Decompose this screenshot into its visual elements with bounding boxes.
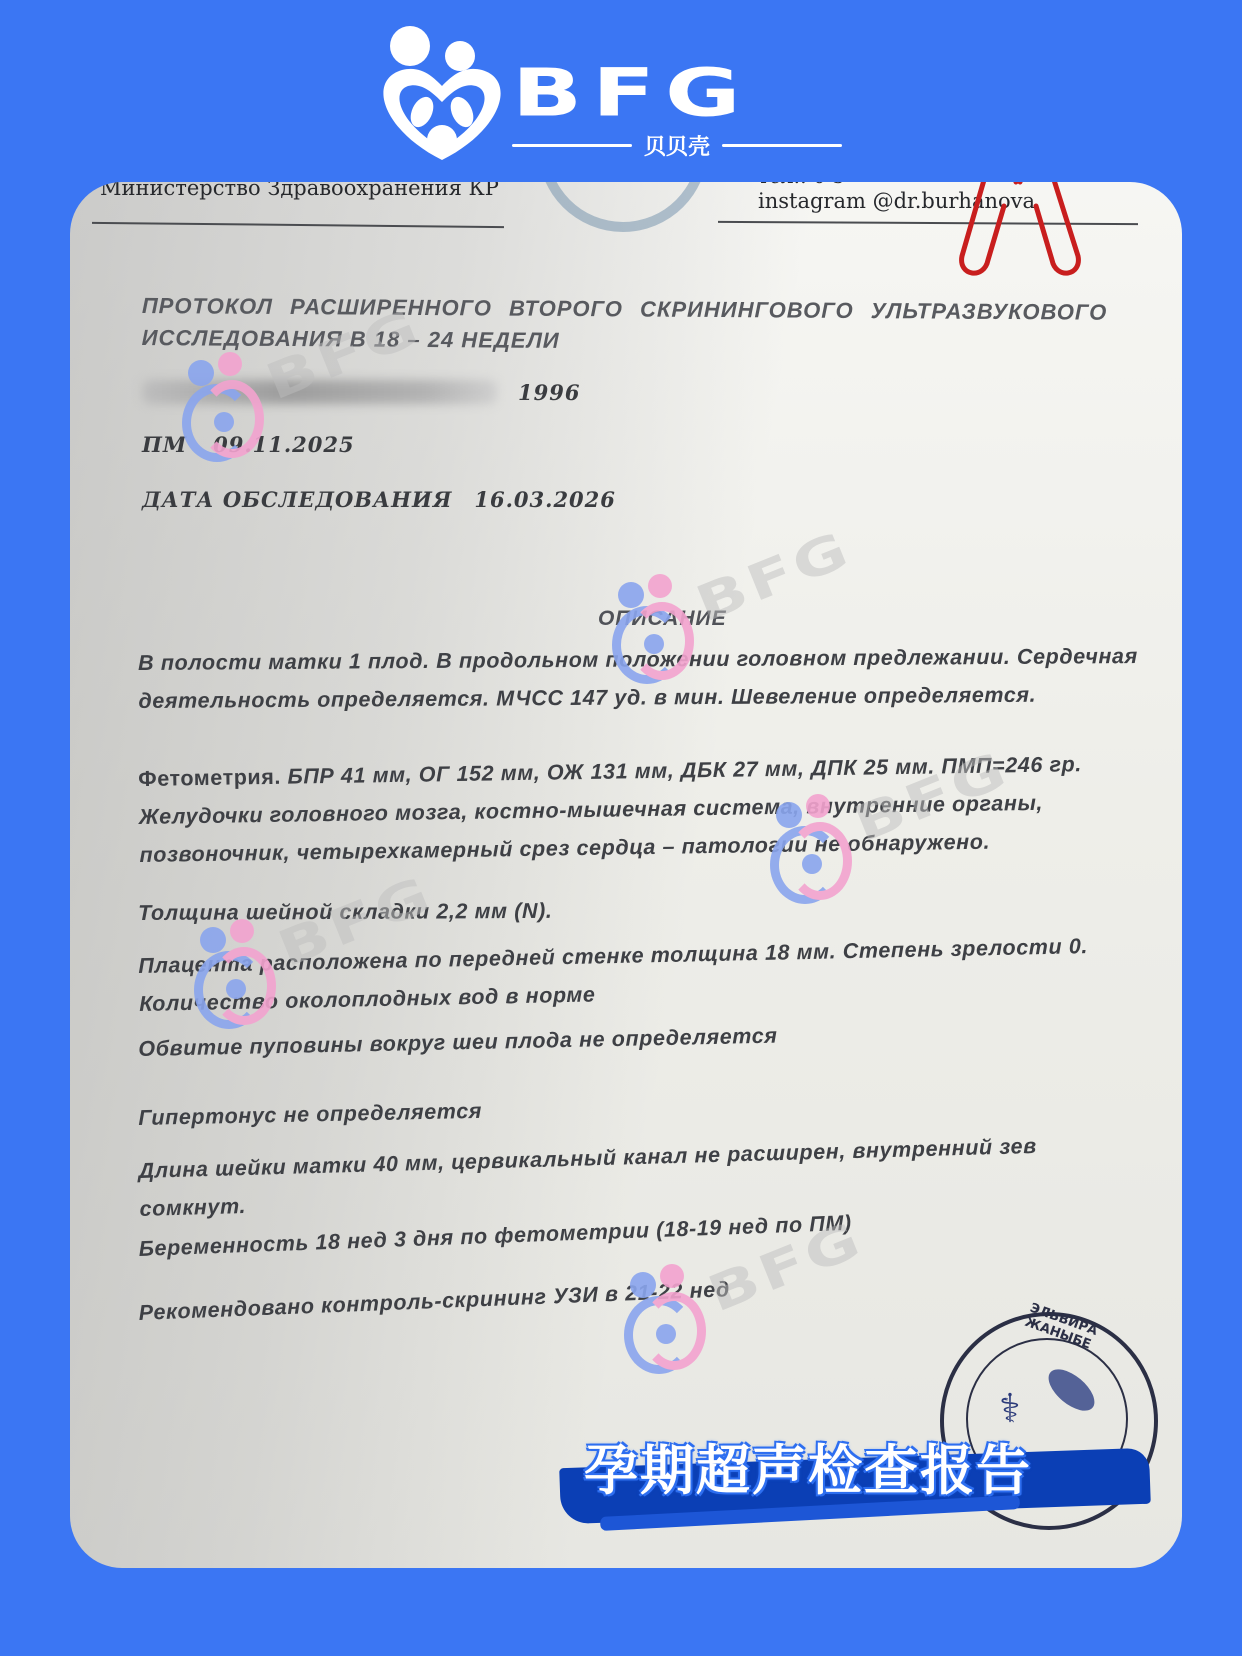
brand-logo: BFG 贝贝壳 xyxy=(372,20,842,170)
exam-date-field: ДАТА ОБСЛЕДОВАНИЯ16.03.2026 xyxy=(142,487,616,512)
brand-subtitle: 贝贝壳 xyxy=(644,130,710,161)
exam-date-value: 16.03.2026 xyxy=(474,487,616,512)
report-banner: 孕期超声检查报告 xyxy=(560,1420,1150,1530)
watermark: BFG xyxy=(188,350,448,470)
document-card: Министерство Здравоохранения КР тел.: 0 … xyxy=(70,182,1182,1568)
ministry-header: Министерство Здравоохранения КР xyxy=(100,182,499,200)
mother-child-logo-icon xyxy=(372,20,512,170)
ultrasound-report: Министерство Здравоохранения КР тел.: 0 … xyxy=(70,182,1182,1568)
header-rule xyxy=(92,222,504,228)
watermark: BFG xyxy=(618,572,878,692)
patient-birth-year: 1996 xyxy=(518,380,580,405)
brand-name: BFG xyxy=(512,60,750,126)
clinic-logo-icon xyxy=(538,182,708,232)
banner-title: 孕期超声检查报告 xyxy=(584,1428,1032,1505)
watermark: BFG xyxy=(630,1262,890,1382)
watermark: BFG xyxy=(776,792,1036,912)
watermark: BFG xyxy=(200,917,460,1037)
paperclip-icon xyxy=(958,182,1088,280)
phone-partial: тел.: 0 5 xyxy=(758,182,845,188)
divider xyxy=(722,144,842,147)
divider xyxy=(512,144,632,147)
brand-subtitle-row: 贝贝壳 xyxy=(512,130,842,161)
